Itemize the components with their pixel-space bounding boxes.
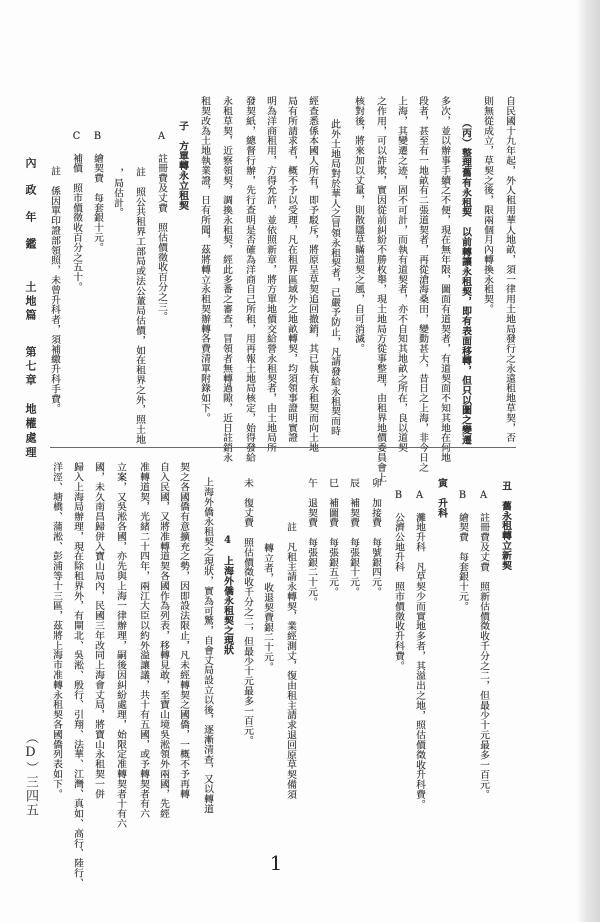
text-column: 之作用，可以詐欺，實因從前糾紛不勝枚舉，現土地局方從事整理，由租界地價委員會上 [373, 96, 387, 482]
text-column: 段者，甚至有一地畝有二張道契者，再從滄海桑田，變動甚大，昔日之上海，非今日之 [415, 96, 429, 472]
running-header-section: 地權處理 [23, 403, 37, 461]
fee-item-c: C 補價 照市價徵收百分之五十。 [69, 131, 83, 292]
page-number: 1 [268, 852, 284, 874]
note-column: 註 凡租主請永轉契，業經測丈，復由租主請求退回原草契備須 [283, 522, 297, 799]
page-edge-shadow [576, 0, 600, 922]
section-divider-rule [50, 447, 516, 448]
text-column: 租契改為土地執業證，日有所聞，茲將轉立永租契辦轉各費清單附錄如下。 [197, 96, 211, 423]
section-heading-4: 4 上海外僑永租契之現狀 [220, 535, 234, 655]
paragraph-start-column: 上海外僑永租契之現狀，實為可驚，自會丈局設立以後，逐漸清查，又以轉道 [200, 477, 214, 814]
text-column: 則無從成立，草契之後，限兩個月內轉換永租契。 [480, 96, 494, 314]
text-column: 核對後，將來加以丈量，則散隱草瞞道契之風，自可消滅。 [351, 96, 365, 353]
fee-item-b: B 繪契費 每套銀十元。 [455, 490, 469, 611]
fee-item-a: A 灘地升科 凡草契少而實地多者，其溢出之地，照估價徵收升科費。 [412, 490, 426, 809]
text-column: 自民國十九年起，外人租用華人地畝，須一律用土地局發行之永遠租地草契，否 [502, 96, 516, 443]
fee-item-a: A 註冊費及丈費 照估價徵收百分之三。 [154, 131, 168, 322]
fee-item-b: B 繪契費 每套銀十元。 [90, 131, 104, 252]
text-column: 國，未久南昌歸併入寶山局內，民國三年改同上海會丈局，將寶山永租契一併 [91, 462, 105, 799]
fee-item-wu: 午 退契費 每張銀二十元。 [304, 478, 318, 607]
fee-item-mao: 卯 加接費 每號銀四元。 [368, 478, 382, 597]
text-column: 自入民國，又將准轉道契各國作為列表，移轉見敢，至寶山境吳淞領外兩國，先經 [156, 462, 170, 818]
subsection-heading: （丙）整理舊有永租契 以前轉讓永租契，即有表面移轉，但只以圖之變遷 [458, 118, 472, 445]
text-column: 永租草契，近察領契，調換永租契，經此多番之審查，冒領者無轉過隙，近日註銷永 [219, 96, 233, 462]
note-continuation: 轉立者，收退契費銀二十元。 [260, 543, 274, 672]
note-continuation: ，局估計。 [110, 168, 124, 218]
text-column: 契之各國僑有意擴充之勢，因即設法限止，凡未經轉契之國僑，一概不予再轉 [176, 462, 190, 799]
note-column: 註 照公共租界工部局或法公董局估價，如在租界之外，照土地 [132, 167, 146, 444]
text-column: 局有所請求者，概不予以受理，凡在租界區域外之地畝轉契，均須領事證明實證 [284, 96, 298, 443]
item-heading-chou: 丑 舊永租轉立新契 [498, 481, 512, 570]
running-header-part: 土地篇 [23, 281, 37, 323]
text-column: 立案，又吳淞各國，亦先與上海一律辦理，嗣後因糾紛處理，始限定准轉契者十有六 [113, 462, 127, 828]
fee-item-a: A 註冊費及丈費 照新估價徵收千分之二，但最少十元最多一百元。 [476, 490, 490, 799]
running-header-title: 內政年鑑 [23, 157, 37, 265]
text-column: 多次，並以辦事手續之不便，現在無年限，圖面有道契者，有道契面不知其地在何地 [437, 96, 451, 462]
fee-item-chen: 辰 補契費 每張銀十元。 [346, 478, 360, 597]
fee-item-si: 巳 補圖費 每張銀五元。 [325, 478, 339, 597]
text-column: 上海，其變遷之迹，固不可計，而執有道契者，亦不自知其地畝之所在，良以道契 [394, 96, 408, 452]
text-column: 明為洋商租用，方得允許，並依照新章，將方單地價交給營永租契者，由土地局所 [263, 96, 277, 452]
scanned-page: 內政年鑑 土地篇 第七章 地權處理 自民國十九年起，外人租用華人地畝，須一律用土… [0, 0, 600, 922]
text-column: 歸入上海局辦理，現在除租界外，有閘北、吳淞、殷行、引翔、法華、江灣、真如、高行、… [70, 462, 84, 888]
text-column: 經查悉係本國人所有，即予駁斥，將原呈草契追回撤銷，其已執有永租契而向土地 [305, 96, 319, 452]
page-code: （D）三四五 [22, 731, 38, 817]
text-column: 准轉道契，光緒二十四年，兩江大臣以約外溢讓議，共十有五國，或予轉契者有六 [136, 462, 150, 818]
text-column: 洋涇、塘橋、蒲淞、彭浦等十三區，茲將上海市准轉永租契各國僑列表如下。 [49, 462, 63, 799]
paragraph-start-column: 此外土地局對於華人之冒領永租契者，已嚴予防止，凡請發給永租契而時 [327, 119, 341, 436]
text-column: 發契紙，總督行辦，先行查明是否確為洋商自己所租，用再報土地局核定，始得發給 [242, 96, 256, 462]
item-heading-yin: 寅 升科 [434, 478, 448, 518]
running-header-chapter: 第七章 [23, 346, 37, 388]
item-heading-zi: 子 方單轉永立租契 [175, 121, 189, 210]
fee-item-wei: 未 復丈費 照估價徵收千分之二，但最少十元最多一百元。 [240, 478, 254, 745]
note-column: 註 係因單印證部領照，未曾升科者，須補繳升科手費。 [47, 166, 61, 414]
fee-item-b: B 公濟公地升科 照市價徵收升科費。 [391, 490, 405, 671]
